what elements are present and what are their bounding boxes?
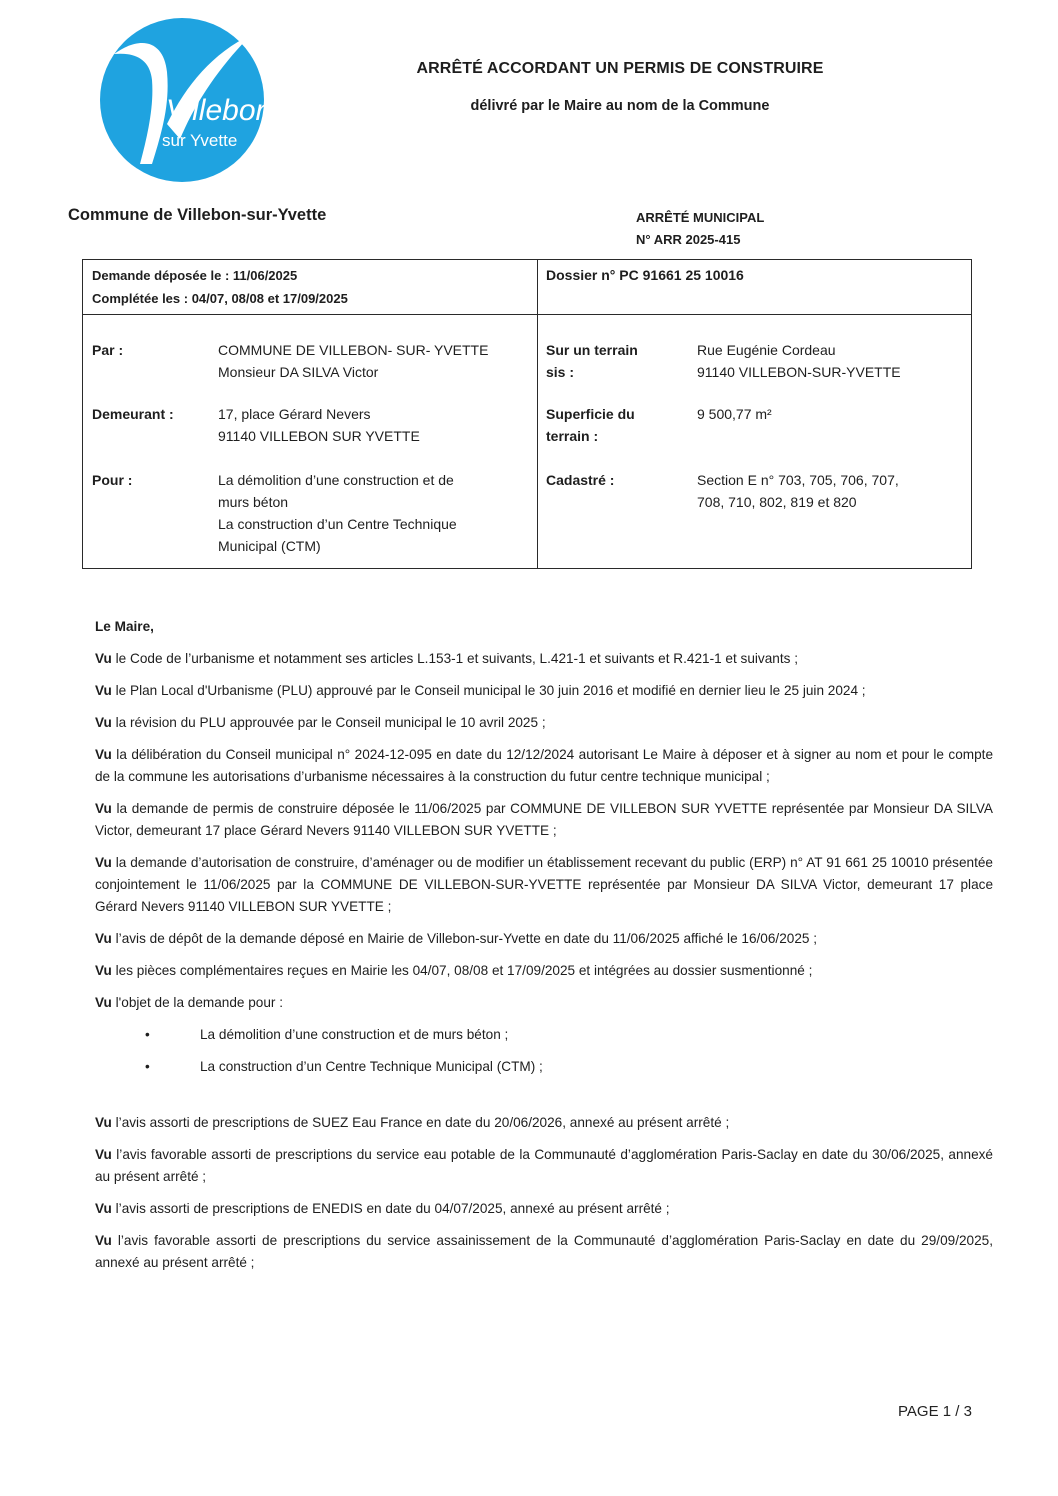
- field-label: Par :: [92, 339, 123, 361]
- completee-dates: Complétée les : 04/07, 08/08 et 17/09/20…: [92, 287, 348, 310]
- field-label: Demeurant :: [92, 403, 174, 425]
- vu-paragraph: Vu la révision du PLU approuvée par le C…: [95, 712, 993, 734]
- title-block: ARRÊTÉ ACCORDANT UN PERMIS DE CONSTRUIRE…: [380, 56, 860, 114]
- field-value: La démolition d’une construction et demu…: [218, 469, 457, 557]
- vu-paragraph: Vu l’avis favorable assorti de prescript…: [95, 1144, 993, 1188]
- dossier-info-table: Demande déposée le : 11/06/2025 Complété…: [82, 259, 972, 569]
- commune-name: Commune de Villebon-sur-Yvette: [68, 206, 326, 225]
- vu-paragraph: Vu les pièces complémentaires reçues en …: [95, 960, 993, 982]
- demande-cell: Demande déposée le : 11/06/2025 Complété…: [92, 264, 348, 310]
- field-value: 17, place Gérard Nevers91140 VILLEBON SU…: [218, 403, 420, 447]
- column-divider: [537, 260, 538, 568]
- vu-paragraph: Vu l’avis assorti de prescriptions de EN…: [95, 1198, 993, 1220]
- arrete-number: N° ARR 2025-415: [636, 229, 764, 251]
- field-label: Superficie duterrain :: [546, 403, 635, 447]
- field-value: Rue Eugénie Cordeau91140 VILLEBON-SUR-YV…: [697, 339, 901, 383]
- field-value: COMMUNE DE VILLEBON- SUR- YVETTEMonsieur…: [218, 339, 488, 383]
- field-label: Pour :: [92, 469, 132, 491]
- page-number: PAGE 1 / 3: [898, 1403, 972, 1420]
- dossier-number: Dossier n° PC 91661 25 10016: [546, 264, 744, 287]
- villebon-logo-icon: Villebon sur Yvette: [92, 14, 270, 184]
- field-label: Cadastré :: [546, 469, 614, 491]
- svg-text:Villebon: Villebon: [166, 94, 270, 127]
- villebon-logo: Villebon sur Yvette: [92, 14, 270, 184]
- vu-paragraph: Vu l’avis de dépôt de la demande déposé …: [95, 928, 993, 950]
- vu-paragraph: Vu l’avis favorable assorti de prescript…: [95, 1230, 993, 1274]
- vu-paragraph: Vu l’avis assorti de prescriptions de SU…: [95, 1112, 993, 1134]
- vu-paragraph: Vu l'objet de la demande pour :: [95, 992, 993, 1014]
- document-body: Le Maire, Vu le Code de l’urbanisme et n…: [95, 616, 993, 1284]
- bullet-icon: •: [145, 1024, 150, 1046]
- vu-paragraph: Vu la demande d’autorisation de construi…: [95, 852, 993, 918]
- intro: Le Maire,: [95, 616, 993, 638]
- document-title: ARRÊTÉ ACCORDANT UN PERMIS DE CONSTRUIRE: [380, 60, 860, 78]
- field-value: Section E n° 703, 705, 706, 707,708, 710…: [697, 469, 899, 513]
- dossier-header-row: Demande déposée le : 11/06/2025 Complété…: [83, 260, 971, 315]
- list-item: •La construction d’un Centre Technique M…: [95, 1056, 993, 1078]
- vu-paragraph: Vu le Plan Local d'Urbanisme (PLU) appro…: [95, 680, 993, 702]
- arrete-reference: ARRÊTÉ MUNICIPAL N° ARR 2025-415: [636, 207, 764, 251]
- svg-text:sur Yvette: sur Yvette: [162, 131, 237, 150]
- vu-paragraph: Vu le Code de l’urbanisme et notamment s…: [95, 648, 993, 670]
- vu-paragraph: Vu la demande de permis de construire dé…: [95, 798, 993, 842]
- list-item: •La démolition d’une construction et de …: [95, 1024, 993, 1046]
- field-value: 9 500,77 m²: [697, 403, 772, 425]
- demande-date: Demande déposée le : 11/06/2025: [92, 264, 348, 287]
- bullet-icon: •: [145, 1056, 150, 1078]
- document-subtitle: délivré par le Maire au nom de la Commun…: [380, 98, 860, 114]
- field-label: Sur un terrainsis :: [546, 339, 638, 383]
- demande-object-list: •La démolition d’une construction et de …: [95, 1024, 993, 1078]
- vu-paragraph: Vu la délibération du Conseil municipal …: [95, 744, 993, 788]
- arrete-label: ARRÊTÉ MUNICIPAL: [636, 207, 764, 229]
